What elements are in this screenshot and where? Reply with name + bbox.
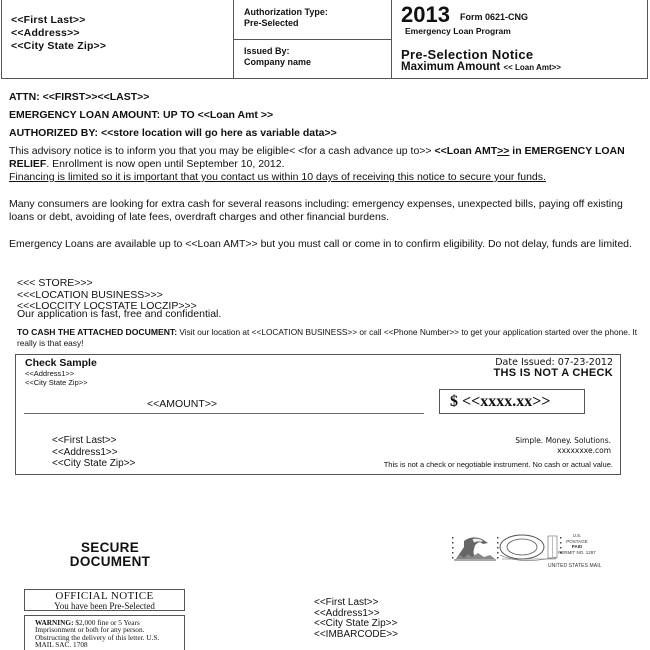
maximum-amount-label: Maximum Amount [401,61,500,73]
payee-address: <<Address1>> [52,447,135,459]
postage-permit: PERMIT NO. 1297 [548,550,606,556]
secure-document-label: SECURE DOCUMENT [40,541,180,569]
payee-name: <<First Last>> [52,435,135,447]
authorization-label: Authorization Type: [234,0,391,18]
notice-title: Pre-Selection Notice [401,47,533,62]
form-number: Form 0621-CNG [460,12,528,22]
program-name: Emergency Loan Program [405,26,511,36]
advisory-text: This advisory notice is to inform you th… [9,145,435,157]
payee-city: <<City State Zip>> [52,458,135,470]
check-disclaimer: This is not a check or negotiable instru… [384,460,613,469]
not-a-check-label: THS IS NOT A CHECK [494,367,613,379]
cash-label: TO CASH THE ATTACHED DOCUMENT: [17,327,177,337]
issued-by-value: Company name [234,57,391,68]
attn-line: ATTN: <<FIRST>><<LAST>> [9,91,644,104]
advisory-loan-amt: <<Loan AMT [435,145,498,157]
advisory-loan-amt-end: >> [497,145,509,157]
check-sample: Check Sample <<Address1>> <<City State Z… [15,354,621,475]
issued-by-cell: Issued By: Company name [234,40,392,78]
recipient-address: <<Address>> [11,27,106,40]
advisory-enrollment: . Enrollment is now open until September… [46,158,284,170]
authorized-by-line: AUTHORIZED BY: <<store location will go … [9,127,644,140]
authorization-value: Pre-Selected [234,18,391,29]
header-grid: <<First Last>> <<Address>> <<City State … [1,0,648,79]
maximum-amount: Maximum Amount << Loan Amt>> [401,61,561,73]
availability-paragraph: Emergency Loans are available up to <<Lo… [9,238,644,251]
store-name: <<< STORE>>> [17,278,650,290]
amount-line [24,413,424,414]
check-city-line: <<City State Zip>> [25,378,88,387]
mailing-address: <<First Last>> <<Address1>> <<City State… [314,598,398,640]
secure-word: SECURE [40,541,180,555]
recipient-block: <<First Last>> <<Address>> <<City State … [2,0,234,78]
loan-amount-line: EMERGENCY LOAN AMOUNT: UP TO <<Loan Amt … [9,109,644,122]
united-states-mail: UNITED STATES MAIL [548,563,602,569]
website: xxxxxxxe.com [515,446,611,456]
reasons-paragraph: Many consumers are looking for extra cas… [9,198,644,224]
mailing-name: <<First Last>> [314,598,398,609]
check-payee: <<First Last>> <<Address1>> <<City State… [52,435,135,470]
pre-selected-text: You have been Pre-Selected [25,602,184,611]
form-year: 2013 [401,3,450,27]
issued-by-label: Issued By: [234,40,391,57]
amount-words: <<AMOUNT>> [147,398,217,410]
mailing-barcode: <<IMBARCODE>> [314,630,398,641]
advisory-paragraph: This advisory notice is to inform you th… [9,145,644,171]
official-notice-box: OFFICIAL NOTICE You have been Pre-Select… [24,589,185,611]
check-address-line: <<Address1>> [25,369,88,378]
cash-instructions: TO CASH THE ATTACHED DOCUMENT: Visit our… [17,327,649,348]
maximum-amount-value: << Loan Amt>> [503,63,561,72]
financing-paragraph: Financing is limited so it is important … [9,171,644,184]
check-tagline: Simple. Money. Solutions. xxxxxxxe.com [515,436,611,455]
form-cell: 2013 Form 0621-CNG Emergency Loan Progra… [392,0,648,78]
document-word: DOCUMENT [40,555,180,569]
recipient-city: <<City State Zip>> [11,40,106,53]
amount-box: $ <<xxxx.xx>> [439,389,585,414]
warning-box: WARNING: $2,000 fine or 5 Years Imprison… [24,615,185,650]
postage-paid-text: U.S. POSTAGE PAID PERMIT NO. 1297 [548,533,606,555]
check-address: <<Address1>> <<City State Zip>> [25,369,88,387]
application-line: Our application is fast, free and confid… [17,308,650,321]
tagline: Simple. Money. Solutions. [515,436,611,446]
recipient-name: <<First Last>> [11,14,106,27]
check-title: Check Sample [25,357,97,369]
mailing-city: <<City State Zip>> [314,619,398,630]
authorization-cell: Authorization Type: Pre-Selected [234,0,392,40]
postage-indicia: U.S. POSTAGE PAID PERMIT NO. 1297 UNITED… [450,533,618,569]
